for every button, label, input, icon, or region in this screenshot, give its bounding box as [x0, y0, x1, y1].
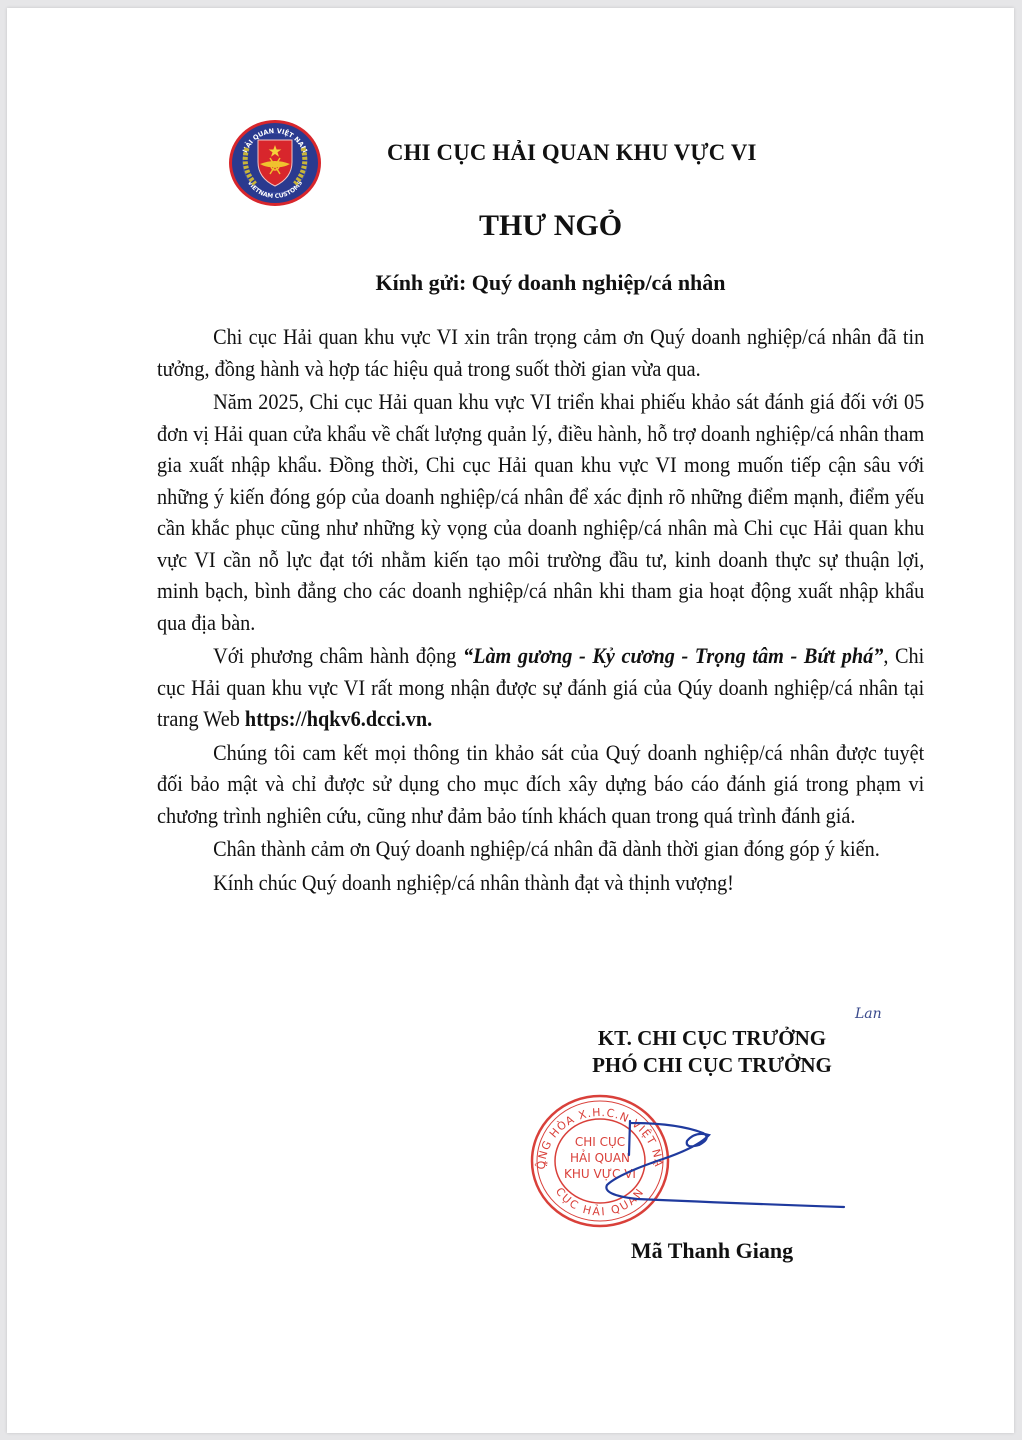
- letter-body: Chi cục Hải quan khu vực VI xin trân trọ…: [157, 321, 925, 898]
- organization-name: CHI CỤC HẢI QUAN KHU VỰC VI: [387, 140, 757, 167]
- signatory-line-1: KT. CHI CỤC TRƯỞNG: [567, 1025, 857, 1052]
- paragraph-thanks: Chi cục Hải quan khu vực VI xin trân trọ…: [157, 321, 924, 384]
- paragraph-closing-thanks: Chân thành cảm ơn Quý doanh nghiệp/cá nh…: [157, 833, 924, 865]
- paragraph-survey: Năm 2025, Chi cục Hải quan khu vực VI tr…: [157, 386, 924, 638]
- paragraph-wishes: Kính chúc Quý doanh nghiệp/cá nhân thành…: [157, 867, 924, 899]
- survey-url-link[interactable]: https://hqkv6.dcci.vn.: [245, 706, 432, 731]
- paragraph-motto: Với phương châm hành động “Làm gương - K…: [157, 640, 924, 735]
- signatory-title: KT. CHI CỤC TRƯỞNG PHÓ CHI CỤC TRƯỞNG: [567, 1025, 857, 1079]
- letter-page: HẢI QUAN VIỆT NAM VIETNAM CUSTOMS CHI CỤ…: [7, 8, 1014, 1433]
- signatory-line-2: PHÓ CHI CỤC TRƯỞNG: [567, 1052, 857, 1079]
- svg-text:*: *: [543, 1160, 548, 1171]
- motto-prefix: Với phương châm hành động: [213, 643, 463, 668]
- signer-name: Mã Thanh Giang: [567, 1238, 857, 1264]
- customs-emblem-icon: HẢI QUAN VIỆT NAM VIETNAM CUSTOMS: [227, 118, 323, 208]
- letter-title: THƯ NGỎ: [7, 209, 1014, 243]
- handwritten-initials: Lan: [855, 1006, 882, 1022]
- motto-text: “Làm gương - Kỷ cương - Trọng tâm - Bứt …: [463, 643, 883, 668]
- recipient-line: Kính gửi: Quý doanh nghiệp/cá nhân: [7, 270, 1014, 296]
- handwritten-signature-icon: [577, 1103, 857, 1223]
- paragraph-commitment: Chúng tôi cam kết mọi thông tin khảo sát…: [157, 737, 924, 832]
